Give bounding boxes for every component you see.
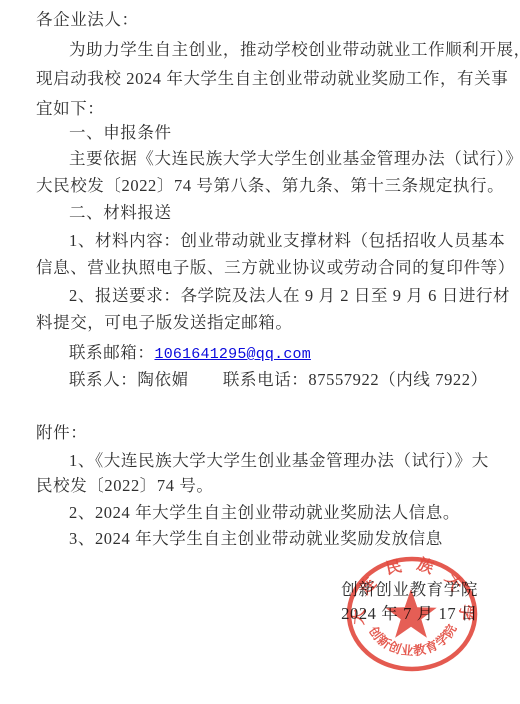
- section-2-item-1a: 1、材料内容：创业带动就业支撑材料（包括招收人员基本: [69, 230, 505, 252]
- signature-date: 2024 年 7 月 17 日: [341, 603, 478, 625]
- intro-line-2: 现启动我校 2024 年大学生自主创业带动就业奖励工作，有关事: [36, 68, 508, 90]
- section-2-item-2b: 料提交，可电子版发送指定邮箱。: [36, 312, 293, 334]
- document-page: 各企业法人： 为助力学生自主创业，推动学校创业带动就业工作顺利开展， 现启动我校…: [0, 0, 520, 704]
- svg-text:创新创业教育学院: 创新创业教育学院: [365, 621, 459, 659]
- intro-line-3: 宜如下：: [36, 98, 104, 120]
- section-1-heading: 一、申报条件: [69, 122, 172, 144]
- contact-email-label: 联系邮箱：: [69, 343, 155, 362]
- attachment-2: 2、2024 年大学生自主创业带动就业奖励法人信息。: [69, 502, 460, 524]
- attachments-label: 附件：: [36, 422, 87, 444]
- attachment-1-line-1: 1、《大连民族大学大学生创业基金管理办法（试行）》大: [69, 450, 489, 472]
- contact-email-line: 联系邮箱：1061641295@qq.com: [69, 342, 311, 366]
- section-2-item-1b: 信息、营业执照电子版、三方就业协议或劳动合同的复印件等）: [36, 257, 515, 279]
- section-1-line-2: 大民校发〔2022〕74 号第八条、第九条、第十三条规定执行。: [36, 175, 504, 197]
- attachment-3: 3、2024 年大学生自主创业带动就业奖励发放信息: [69, 528, 443, 550]
- section-2-heading: 二、材料报送: [69, 202, 172, 224]
- contact-email-link[interactable]: 1061641295@qq.com: [155, 346, 311, 363]
- section-1-line-1: 主要依据《大连民族大学大学生创业基金管理办法（试行）》: [69, 148, 520, 170]
- attachment-1-line-2: 民校发〔2022〕74 号。: [36, 475, 214, 497]
- contact-person-line: 联系人：陶依媚 联系电话：87557922（内线 7922）: [69, 369, 488, 391]
- intro-line-1: 为助力学生自主创业，推动学校创业带动就业工作顺利开展，: [69, 39, 520, 61]
- section-2-item-2a: 2、报送要求：各学院及法人在 9 月 2 日至 9 月 6 日进行材: [69, 285, 510, 307]
- seal-department-text: 创新创业教育学院: [365, 621, 459, 659]
- signature-department: 创新创业教育学院: [341, 579, 478, 601]
- salutation: 各企业法人：: [36, 9, 139, 31]
